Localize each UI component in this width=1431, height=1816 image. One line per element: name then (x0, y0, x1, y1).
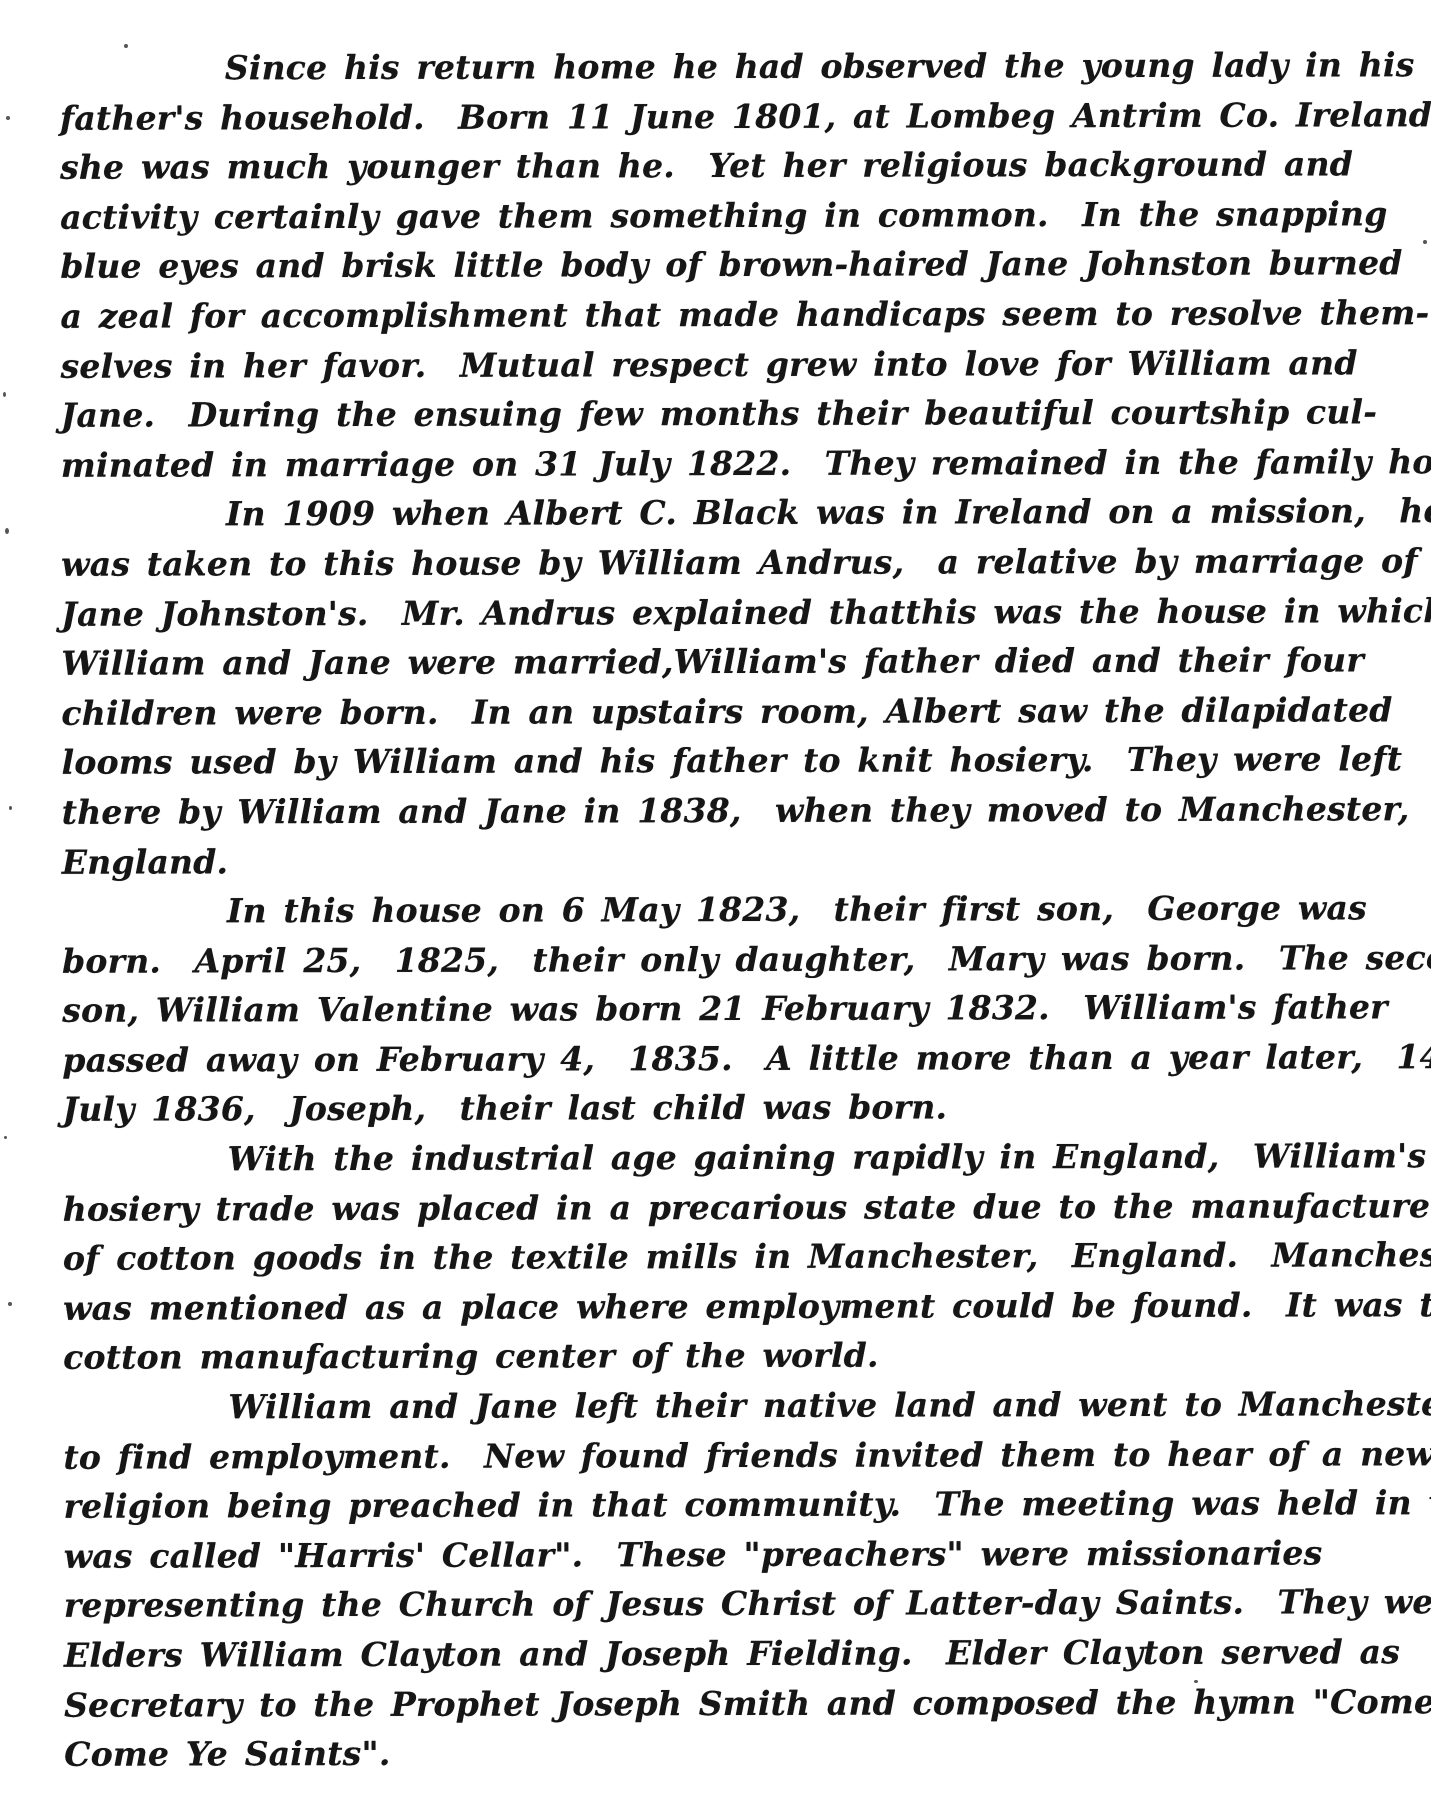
scan-speck (8, 1302, 12, 1306)
text-line: July 1836, Joseph, their last child was … (62, 1082, 1392, 1135)
text-line: William and Jane were married,William's … (61, 635, 1391, 688)
text-line: Secretary to the Prophet Joseph Smith an… (64, 1677, 1394, 1730)
text-line: there by William and Jane in 1838, when … (62, 784, 1392, 837)
text-line: looms used by William and his father to … (62, 735, 1392, 788)
text-line: England. (62, 834, 1392, 887)
scan-speck (1423, 240, 1427, 244)
scan-speck (5, 528, 9, 534)
text-line: representing the Church of Jesus Christ … (64, 1578, 1394, 1631)
text-line: of cotton goods in the textile mills in … (63, 1231, 1393, 1284)
text-line: a zeal for accomplishment that made hand… (60, 288, 1390, 341)
text-line: With the industrial age gaining rapidly … (63, 1131, 1393, 1184)
text-line: selves in her favor. Mutual respect grew… (61, 338, 1391, 391)
text-line: blue eyes and brisk little body of brown… (60, 239, 1390, 292)
scan-speck (6, 116, 10, 120)
text-line: was mentioned as a place where employmen… (63, 1280, 1393, 1333)
document-text: Since his return home he had observed th… (60, 40, 1395, 1779)
scan-speck (4, 1136, 7, 1139)
text-line: father's household. Born 11 June 1801, a… (60, 90, 1390, 143)
text-line: to find employment. New found friends in… (63, 1429, 1393, 1482)
text-line: was taken to this house by William Andru… (61, 536, 1391, 589)
scan-speck (3, 392, 6, 397)
text-line: passed away on February 4, 1835. A littl… (62, 1032, 1392, 1085)
text-line: activity certainly gave them something i… (60, 189, 1390, 242)
text-line: hosiery trade was placed in a precarious… (63, 1181, 1393, 1234)
text-line: In 1909 when Albert C. Black was in Irel… (61, 487, 1391, 540)
text-line: Elders William Clayton and Joseph Fieldi… (64, 1627, 1394, 1680)
text-line: Jane Johnston's. Mr. Andrus explained th… (61, 586, 1391, 639)
text-line: born. April 25, 1825, their only daughte… (62, 933, 1392, 986)
text-line: son, William Valentine was born 21 Febru… (62, 983, 1392, 1036)
document-page: Since his return home he had observed th… (0, 0, 1431, 1816)
text-line: Come Ye Saints". (64, 1726, 1394, 1779)
text-line: cotton manufacturing center of the world… (63, 1330, 1393, 1383)
text-line: In this house on 6 May 1823, their first… (62, 883, 1392, 936)
text-line: children were born. In an upstairs room,… (61, 685, 1391, 738)
text-line: Jane. During the ensuing few months thei… (61, 387, 1391, 440)
text-line: minated in marriage on 31 July 1822. The… (61, 437, 1391, 490)
scan-speck (9, 806, 12, 810)
text-line: was called "Harris' Cellar". These "prea… (64, 1528, 1394, 1581)
text-line: William and Jane left their native land … (63, 1379, 1393, 1432)
text-line: she was much younger than he. Yet her re… (60, 139, 1390, 192)
text-line: Since his return home he had observed th… (60, 40, 1390, 93)
text-line: religion being preached in that communit… (63, 1478, 1393, 1531)
